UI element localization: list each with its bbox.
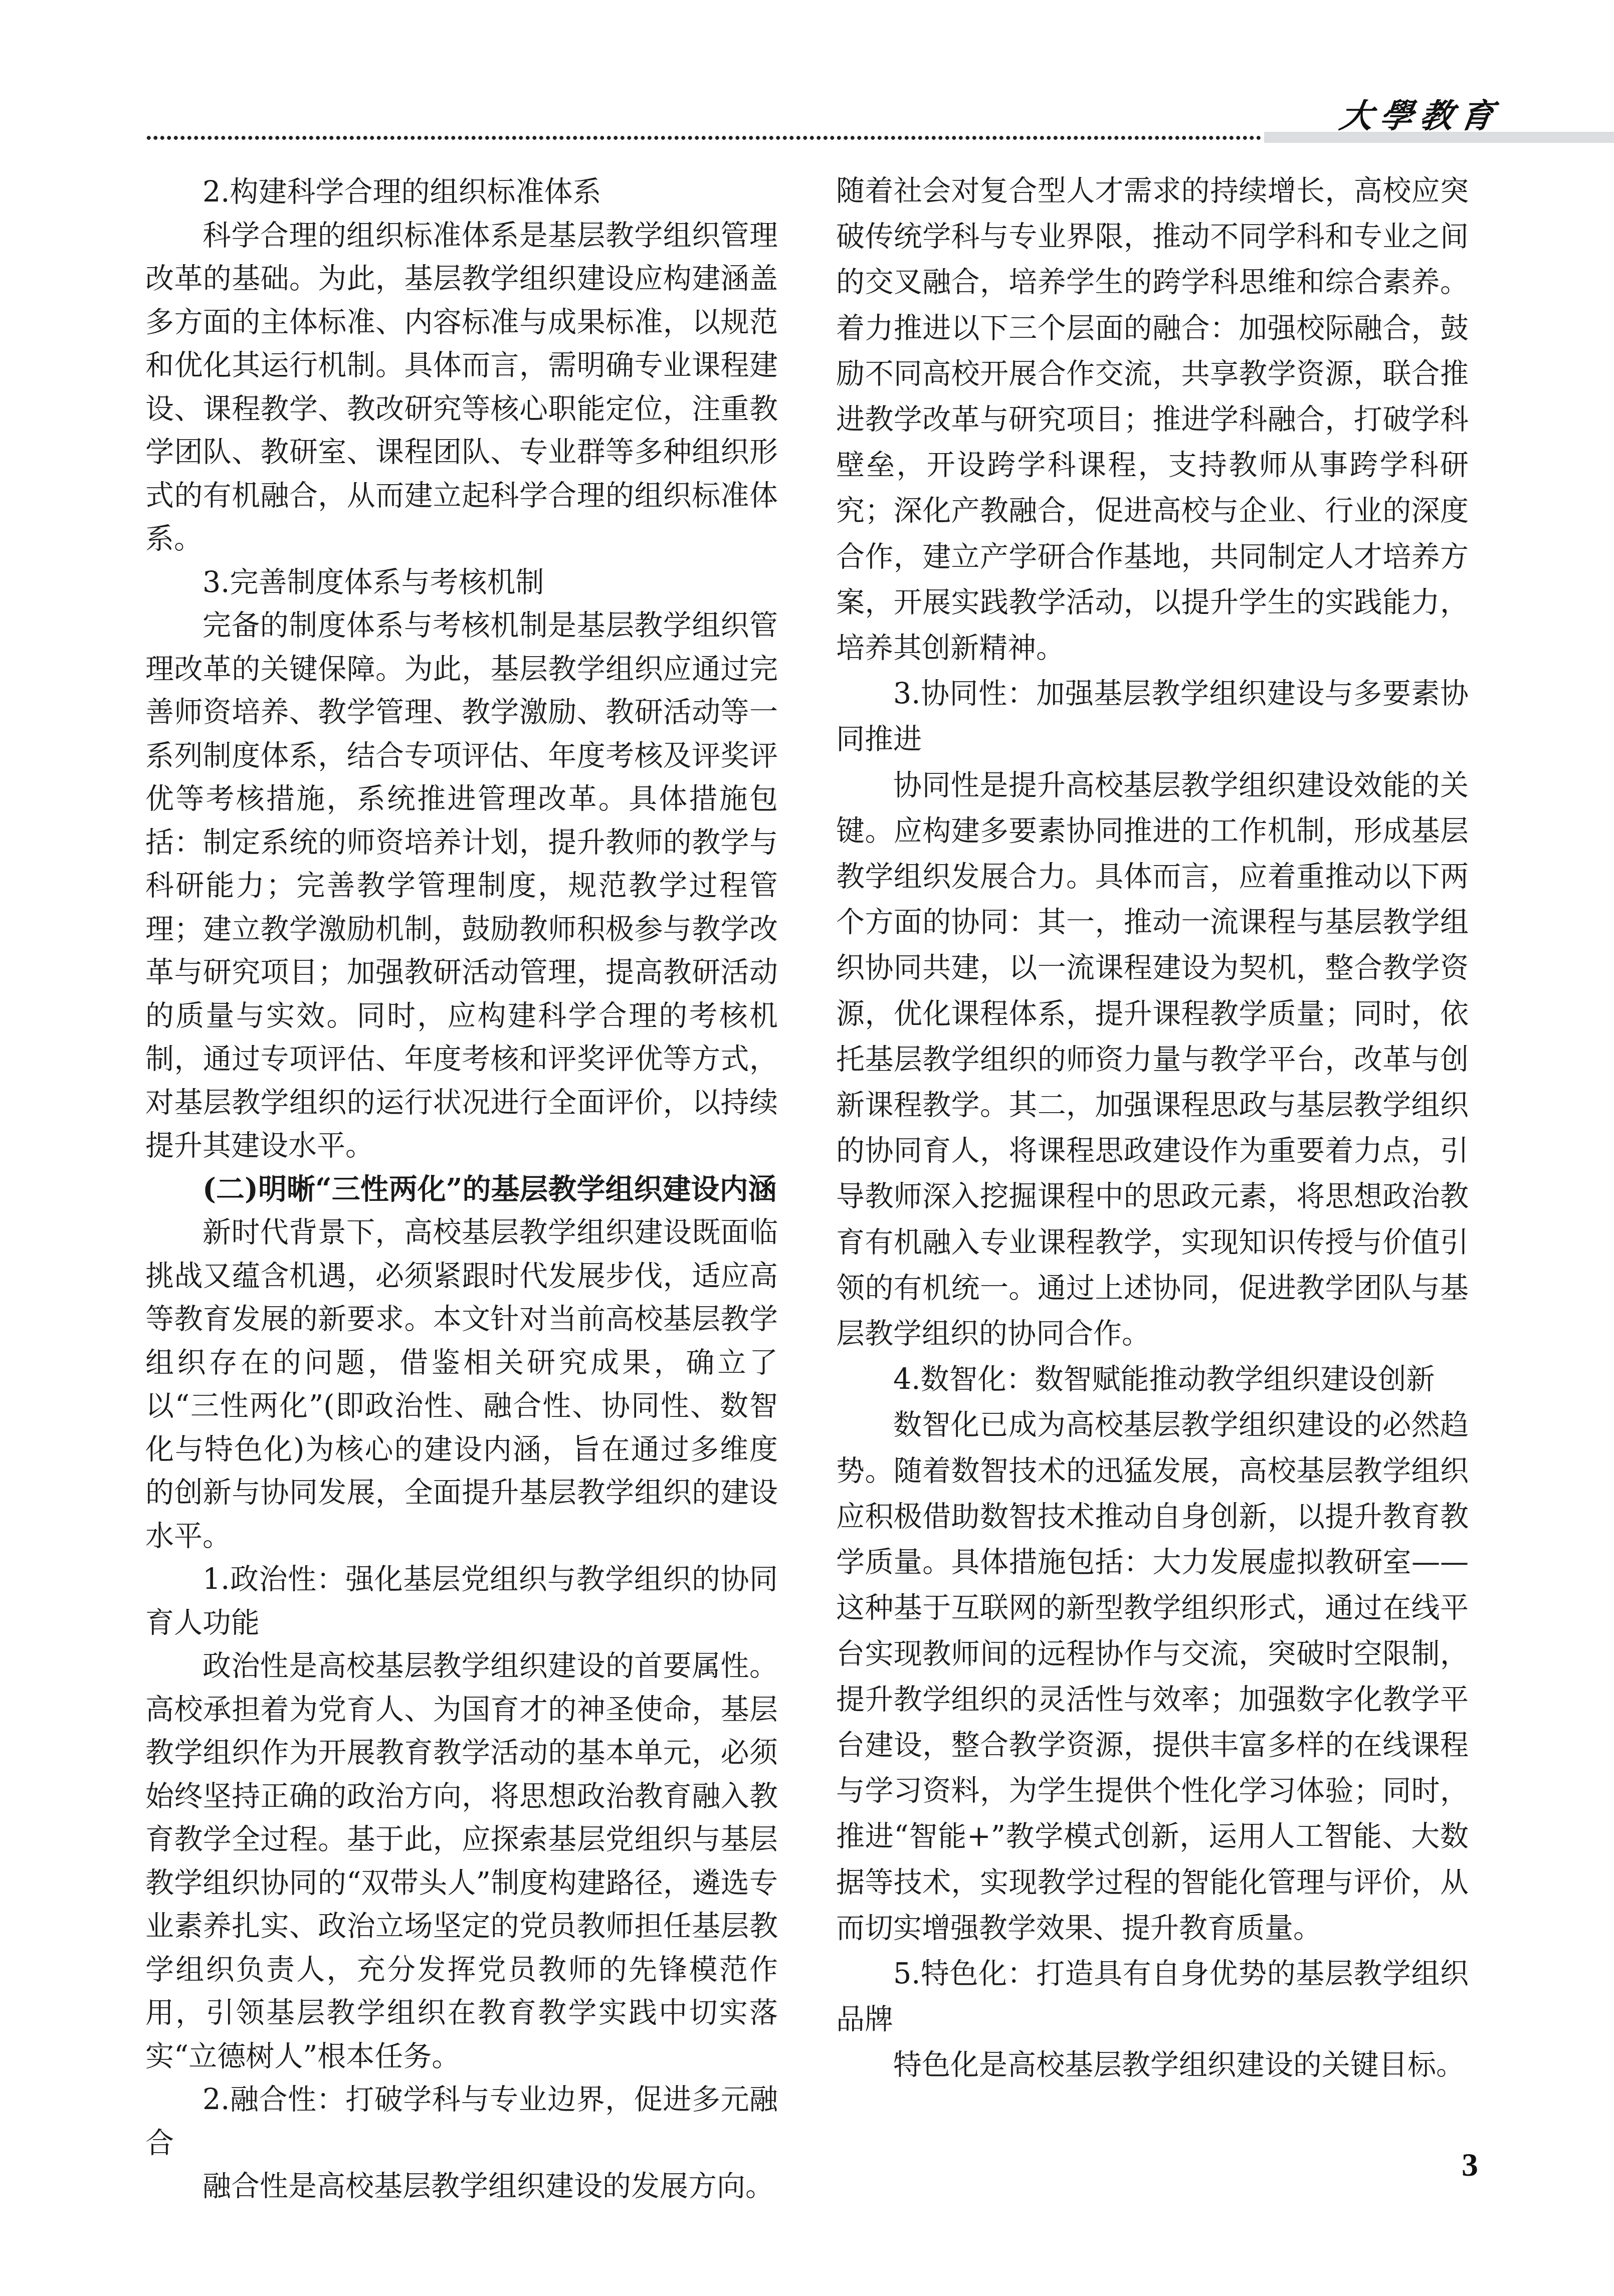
journal-masthead-logo: 大學教育 (1338, 89, 1504, 129)
body-paragraph: 新时代背景下，高校基层教学组织建设既面临挑战又蕴含机遇，必须紧跟时代发展步伐，适… (145, 1211, 778, 1558)
body-paragraph: 融合性是高校基层教学组织建设的发展方向。 (145, 2165, 778, 2208)
subsection-heading: 1.政治性：强化基层党组织与教学组织的协同育人功能 (145, 1558, 778, 1644)
body-paragraph: 政治性是高校基层教学组织建设的首要属性。高校承担着为党育人、为国育才的神圣使命，… (145, 1644, 778, 2078)
subsection-heading: 2.构建科学合理的组织标准体系 (145, 170, 778, 214)
subsection-heading: 5.特色化：打造具有自身优势的基层教学组织品牌 (836, 1951, 1469, 2042)
subsection-heading: 3.完善制度体系与考核机制 (145, 561, 778, 604)
body-paragraph: 科学合理的组织标准体系是基层教学组织管理改革的基础。为此，基层教学组织建设应构建… (145, 214, 778, 561)
body-paragraph: 完备的制度体系与考核机制是基层教学组织管理改革的关键保障。为此，基层教学组织应通… (145, 604, 778, 1168)
body-paragraph: 特色化是高校基层教学组织建设的关键目标。 (836, 2042, 1469, 2088)
body-paragraph: 协同性是提升高校基层教学组织建设效能的关键。应构建多要素协同推进的工作机制，形成… (836, 763, 1469, 1357)
page-number: 3 (1462, 2146, 1478, 2184)
subsection-heading: 3.协同性：加强基层教学组织建设与多要素协同推进 (836, 671, 1469, 762)
header-dotted-rule (145, 134, 1263, 141)
section-heading: (二)明晰“三性两化”的基层教学组织建设内涵 (145, 1168, 778, 1211)
body-paragraph-continued: 随着社会对复合型人才需求的持续增长，高校应突破传统学科与专业界限，推动不同学科和… (836, 168, 1469, 671)
subsection-heading: 2.融合性：打破学科与专业边界，促进多元融合 (145, 2078, 778, 2165)
body-paragraph: 数智化已成为高校基层教学组织建设的必然趋势。随着数智技术的迅猛发展，高校基层教学… (836, 1402, 1469, 1951)
left-text-column: 2.构建科学合理的组织标准体系 科学合理的组织标准体系是基层教学组织管理改革的基… (145, 170, 778, 2208)
subsection-heading: 4.数智化：数智赋能推动教学组织建设创新 (836, 1357, 1469, 1402)
right-text-column: 随着社会对复合型人才需求的持续增长，高校应突破传统学科与专业界限，推动不同学科和… (836, 168, 1469, 2089)
